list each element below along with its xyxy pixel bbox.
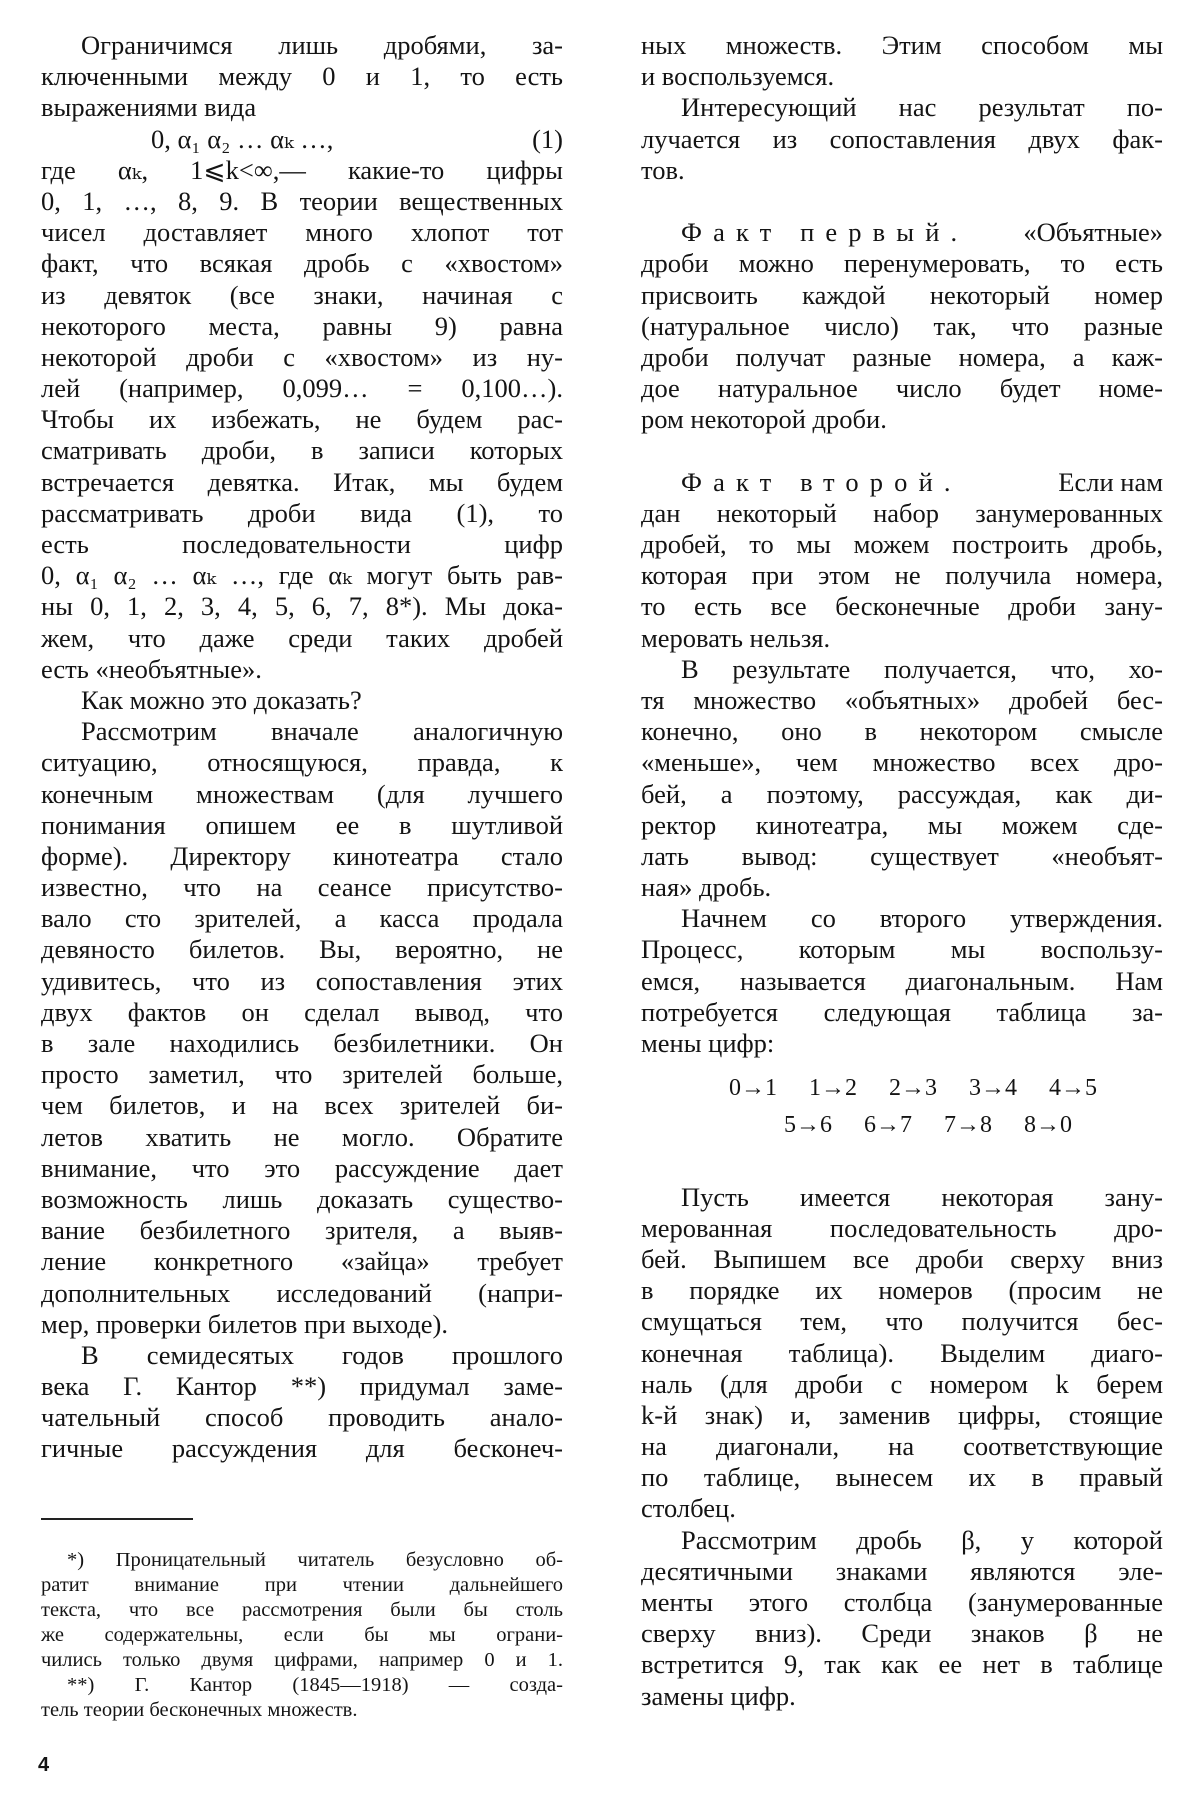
text-line: десятичными знаками являются эле- <box>641 1556 1163 1587</box>
text-line: по таблице, вынесем их в правый <box>641 1462 1163 1493</box>
text-line: чисел доставляет много хлопот тот <box>41 217 563 248</box>
text-line: девяносто билетов. Вы, вероятно, не <box>41 934 563 965</box>
page-number: 4 <box>38 1754 49 1777</box>
text-line: жем, что даже среди таких дробей <box>41 623 563 654</box>
text-fragment: «Объятные» <box>1023 217 1163 248</box>
text-line: удивитесь, что из сопоставления этих <box>41 966 563 997</box>
text-line: лучается из сопоставления двух фак- <box>641 124 1163 155</box>
text-line: потребуется следующая таблица за- <box>641 997 1163 1028</box>
text-line: конечная таблица). Выделим диаго- <box>641 1338 1163 1369</box>
text-line: летов хватить не могло. Обратите <box>41 1122 563 1153</box>
text-fragment: Если нам <box>1058 467 1163 498</box>
text-line: меровать нельзя. <box>641 623 1163 654</box>
text-line: ситуацию, относящуюся, правда, к <box>41 747 563 778</box>
text-line: вало сто зрителей, а касса продала <box>41 903 563 934</box>
text-line: просто заметил, что зрителей больше, <box>41 1059 563 1090</box>
spacer <box>641 186 1163 217</box>
text-line: встретится 9, так как ее нет в таблице <box>641 1649 1163 1680</box>
text-line: лей (например, 0,099… = 0,100…). <box>41 373 563 404</box>
text-line: дополнительных исследований (напри- <box>41 1278 563 1309</box>
text-line: (натуральное число) так, что разные <box>641 311 1163 342</box>
footnote-line: текста, что все рассмотрения были бы сто… <box>41 1598 563 1623</box>
text-line: лать вывод: существует «необъят- <box>641 841 1163 872</box>
text-line: сверху вниз). Среди знаков β не <box>641 1618 1163 1649</box>
text-line: Рассмотрим дробь β, у которой <box>641 1525 1163 1556</box>
text-line: столбец. <box>641 1493 1163 1524</box>
text-line: 0, α₁ α₂ … αₖ …, где αₖ могут быть рав- <box>41 560 563 591</box>
text-line: емся, называется диагональным. Нам <box>641 966 1163 997</box>
text-line: конечным множествам (для лучшего <box>41 779 563 810</box>
fact-two-heading: Факт второй. <box>681 467 962 498</box>
text-line: некоторого места, равны 9) равна <box>41 311 563 342</box>
footnote-line: **) Г. Кантор (1845—1918) — созда- <box>41 1673 563 1698</box>
text-line: Рассмотрим вначале аналогичную <box>41 716 563 747</box>
text-line: смущаться тем, что получится бес- <box>641 1306 1163 1337</box>
text-line: бей. Выпишем все дроби сверху вниз <box>641 1244 1163 1275</box>
text-line: менты этого столбца (занумерованные <box>641 1587 1163 1618</box>
text-line: Чтобы их избежать, не будем рас- <box>41 404 563 435</box>
text-line: Интересующий нас результат по- <box>641 92 1163 123</box>
text-line: В результате получается, что, хо- <box>641 654 1163 685</box>
text-line: k-й знак) и, заменив цифры, стоящие <box>641 1400 1163 1431</box>
text-line: в зале находились безбилетники. Он <box>41 1028 563 1059</box>
footnote-line: тель теории бесконечных множеств. <box>41 1698 563 1723</box>
text-line: двух фактов он сделал вывод, что <box>41 997 563 1028</box>
text-line: ных множеств. Этим способом мы <box>641 30 1163 61</box>
text-line: дан некоторый набор занумерованных <box>641 498 1163 529</box>
left-column: Ограничимся лишь дробями, за- ключенными… <box>41 30 563 1465</box>
substitution-table-row-2: 5→6 6→7 7→8 8→0 <box>641 1110 1163 1141</box>
text-line: есть «необъятные». <box>41 654 563 685</box>
question-line: Как можно это доказать? <box>41 685 563 716</box>
fact-two-heading-line: Факт второй. Если нам <box>641 467 1163 498</box>
text-line: есть последовательности цифр <box>41 529 563 560</box>
text-line: форме). Директору кинотеатра стало <box>41 841 563 872</box>
text-line: чательный способ проводить анало- <box>41 1402 563 1433</box>
footnote-divider <box>41 1518 193 1520</box>
spacer <box>641 435 1163 466</box>
text-line: ректор кинотеатра, мы можем сде- <box>641 810 1163 841</box>
fact-one-heading: Факт первый. <box>681 217 968 248</box>
text-line: ление конкретного «зайца» требует <box>41 1246 563 1277</box>
text-line: понимания опишем ее в шутливой <box>41 810 563 841</box>
text-line: конечно, оно в некотором смысле <box>641 716 1163 747</box>
text-line: ключенными между 0 и 1, то есть <box>41 61 563 92</box>
text-line: выражениями вида <box>41 92 563 123</box>
text-line: мер, проверки билетов при выходе). <box>41 1309 563 1340</box>
text-line: где αₖ, 1⩽k<∞,— какие-то цифры <box>41 155 563 186</box>
spacer <box>641 1059 1163 1073</box>
text-line: бей, а поэтому, рассуждая, как ди- <box>641 779 1163 810</box>
text-line: известно, что на сеансе присутство- <box>41 872 563 903</box>
text-line: гичные рассуждения для бесконеч- <box>41 1433 563 1464</box>
text-line: Пусть имеется некоторая зану- <box>641 1182 1163 1213</box>
text-line: факт, что всякая дробь с «хвостом» <box>41 248 563 279</box>
text-line: сматривать дроби, в записи которых <box>41 435 563 466</box>
text-line: и воспользуемся. <box>641 61 1163 92</box>
text-line: дроби можно перенумеровать, то есть <box>641 248 1163 279</box>
text-line: В семидесятых годов прошлого <box>41 1340 563 1371</box>
fact-one-heading-line: Факт первый. «Объятные» <box>641 217 1163 248</box>
text-line: Начнем со второго утверждения. <box>641 903 1163 934</box>
text-line: наль (для дроби с номером k берем <box>641 1369 1163 1400</box>
text-line: 0, 1, …, 8, 9. В теории вещественных <box>41 186 563 217</box>
text-line: мены цифр: <box>641 1028 1163 1059</box>
footnote-line: же содержательны, если бы мы ограни- <box>41 1623 563 1648</box>
footnote-line: ратит внимание при чтении дальнейшего <box>41 1573 563 1598</box>
footnote-line: чились только двумя цифрами, например 0 … <box>41 1648 563 1673</box>
footnote-line: *) Проницательный читатель безусловно об… <box>41 1548 563 1573</box>
text-line: «меньше», чем множество всех дро- <box>641 747 1163 778</box>
text-line: вание безбилетного зрителя, а выяв- <box>41 1215 563 1246</box>
text-line: ром некоторой дроби. <box>641 404 1163 435</box>
text-line: некоторой дроби с «хвостом» из ну- <box>41 342 563 373</box>
text-line: присвоить каждой некоторый номер <box>641 280 1163 311</box>
substitution-table-row-1: 0→1 1→2 2→3 3→4 4→5 <box>641 1073 1163 1104</box>
text-line: на диагонали, на соответствующие <box>641 1431 1163 1462</box>
text-line: Процесс, которым мы воспользу- <box>641 934 1163 965</box>
text-line: чем билетов, и на всех зрителей би- <box>41 1090 563 1121</box>
text-line: ны 0, 1, 2, 3, 4, 5, 6, 7, 8*). Мы дока- <box>41 591 563 622</box>
text-line: которая при этом не получила номера, <box>641 560 1163 591</box>
footnotes: *) Проницательный читатель безусловно об… <box>41 1548 563 1723</box>
formula-label: (1) <box>532 124 563 155</box>
text-line: тя множество «объятных» дробей бес- <box>641 685 1163 716</box>
text-line: ная» дробь. <box>641 872 1163 903</box>
formula-1: 0, α₁ α₂ … αₖ …, (1) <box>41 124 563 155</box>
text-line: из девяток (все знаки, начиная с <box>41 280 563 311</box>
text-line: дое натуральное число будет номе- <box>641 373 1163 404</box>
text-line: замены цифр. <box>641 1681 1163 1712</box>
text-line: внимание, что это рассуждение дает <box>41 1153 563 1184</box>
text-line: тов. <box>641 155 1163 186</box>
text-line: мерованная последовательность дро- <box>641 1213 1163 1244</box>
text-line: в порядке их номеров (просим не <box>641 1275 1163 1306</box>
text-line: дроби получат разные номера, а каж- <box>641 342 1163 373</box>
text-line: рассматривать дроби вида (1), то <box>41 498 563 529</box>
text-line: встречается девятка. Итак, мы будем <box>41 467 563 498</box>
text-line: дробей, то мы можем построить дробь, <box>641 529 1163 560</box>
formula-expression: 0, α₁ α₂ … αₖ …, <box>151 124 333 155</box>
spacer <box>641 1142 1163 1182</box>
text-line: то есть все бесконечные дроби зану- <box>641 591 1163 622</box>
text-line: Ограничимся лишь дробями, за- <box>41 30 563 61</box>
right-column: ных множеств. Этим способом мы и восполь… <box>641 30 1163 1712</box>
text-line: века Г. Кантор **) придумал заме- <box>41 1371 563 1402</box>
text-line: возможность лишь доказать существо- <box>41 1184 563 1215</box>
